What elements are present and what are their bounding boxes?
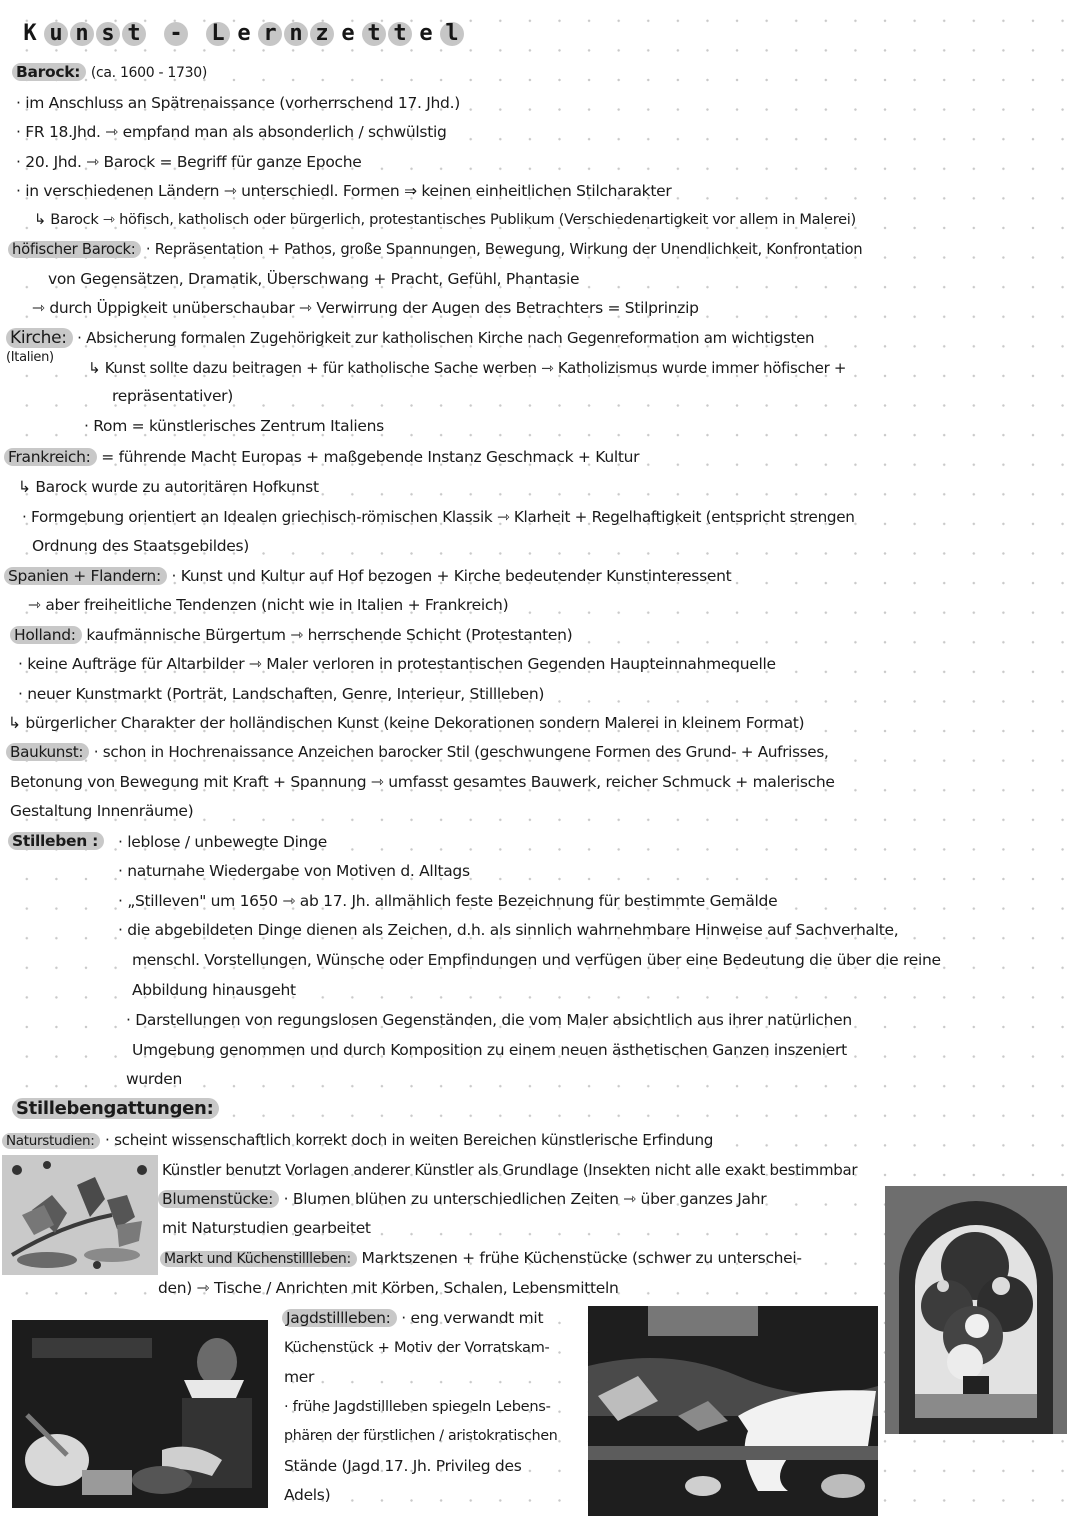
baukunst-line: Gestaltung Innenräume)	[10, 801, 193, 821]
naturstudien-row: Naturstudien: · scheint wissenschaftlich…	[2, 1130, 713, 1151]
section-barock-heading: Barock: (ca. 1600 - 1730)	[12, 62, 207, 83]
jagd-line: phären der fürstlichen / aristokratische…	[284, 1426, 557, 1446]
markt-row: Markt und Küchenstillleben: Marktszenen …	[160, 1248, 802, 1269]
title-letter: s	[96, 22, 120, 46]
kirche-sub: (Italien)	[6, 348, 54, 368]
stilleben-row: Stilleben :	[8, 831, 104, 851]
title-letter: l	[440, 22, 464, 46]
baukunst-line: Betonung von Bewegung mit Kraft + Spannu…	[10, 772, 835, 792]
title-letter: t	[388, 22, 412, 46]
spanien-label: Spanien + Flandern:	[4, 567, 167, 585]
frankreich-line: Ordnung des Staatsgebildes)	[32, 536, 249, 556]
blumen-line: mit Naturstudien gearbeitet	[162, 1218, 371, 1238]
jagd-line: Stände (Jagd 17. Jh. Privileg des	[284, 1456, 521, 1476]
hunting-still-life-image	[588, 1306, 878, 1516]
jagd-line: · eng verwandt mit	[401, 1309, 543, 1327]
title-letter: t	[122, 22, 146, 46]
stilleben-label: Stilleben :	[8, 832, 104, 850]
title-letter: e	[336, 22, 360, 46]
stilleben-line: · die abgebildeten Dinge dienen als Zeic…	[118, 920, 898, 940]
holland-line: kaufmännische Bürgertum ⇾ herrschende Sc…	[86, 626, 572, 644]
barock-dates: (ca. 1600 - 1730)	[91, 65, 207, 81]
gattungen-heading: Stillebengattungen:	[12, 1098, 219, 1119]
hoefisch-line: ⇾ durch Üppigkeit unüberschaubar ⇾ Verwi…	[32, 298, 699, 318]
title-letter: u	[44, 22, 68, 46]
holland-line: ↳ bürgerlicher Charakter der holländisch…	[8, 713, 804, 733]
stilleben-line: Umgebung genommen und durch Komposition …	[132, 1040, 847, 1060]
jagd-line: Adels)	[284, 1485, 330, 1505]
blumen-line: · Blumen blühen zu unterschiedlichen Zei…	[284, 1190, 767, 1208]
blumen-label: Blumenstücke:	[158, 1190, 279, 1208]
frankreich-row: Frankreich: = führende Macht Europas + m…	[4, 447, 639, 467]
title-letter: n	[70, 22, 94, 46]
stilleben-line: · leblose / unbewegte Dinge	[118, 832, 327, 852]
baukunst-label: Baukunst:	[6, 743, 89, 761]
frankreich-label: Frankreich:	[4, 448, 97, 466]
stilleben-line: · Darstellungen von regungslosen Gegenst…	[126, 1010, 852, 1030]
barock-line: ↳ Barock ⇾ höfisch, katholisch oder bürg…	[34, 210, 856, 230]
barock-line: · in verschiedenen Ländern ⇾ unterschied…	[16, 181, 671, 201]
hoefisch-label: höfischer Barock:	[8, 241, 141, 258]
spanien-line: ⇾ aber freiheitliche Tendenzen (nicht wi…	[28, 595, 508, 615]
title-letter: z	[310, 22, 334, 46]
kirche-line: repräsentativer)	[112, 386, 233, 406]
jagd-label: Jagdstillleben:	[282, 1309, 397, 1327]
spanien-line: · Kunst und Kultur auf Hof bezogen + Kir…	[172, 567, 732, 585]
baukunst-line: · schon in Hochrenaissance Anzeichen bar…	[94, 743, 829, 761]
stilleben-line: wurden	[126, 1069, 182, 1089]
gattungen-heading-row: Stillebengattungen:	[12, 1099, 219, 1119]
barock-label: Barock:	[12, 63, 86, 81]
jagd-row: Jagdstillleben: · eng verwandt mit	[282, 1308, 543, 1328]
title-letter: n	[284, 22, 308, 46]
title-letter: e	[232, 22, 256, 46]
kirche-line: · Absicherung formalen Zugehörigkeit zur…	[77, 329, 814, 347]
title-letter: -	[164, 22, 188, 46]
flower-vase-image	[885, 1186, 1067, 1434]
markt-line: Marktszenen + frühe Küchenstücke (schwer…	[362, 1249, 802, 1267]
naturstudien-label: Naturstudien:	[2, 1133, 100, 1149]
holland-label: Holland:	[10, 626, 82, 644]
hoefisch-line: · Repräsentation + Pathos, große Spannun…	[146, 241, 862, 258]
insect-study-image	[2, 1155, 158, 1275]
stilleben-line: menschl. Vorstellungen, Wünsche oder Emp…	[132, 950, 941, 970]
kitchen-maid-image	[12, 1320, 268, 1508]
barock-line: · im Anschluss an Spätrenaissance (vorhe…	[16, 93, 460, 113]
jagd-line: · frühe Jagdstillleben spiegeln Lebens-	[284, 1397, 551, 1417]
barock-line: · 20. Jhd. ⇾ Barock = Begriff für ganze …	[16, 152, 362, 172]
holland-line: · keine Aufträge für Altarbilder ⇾ Maler…	[18, 654, 776, 674]
baukunst-row: Baukunst: · schon in Hochrenaissance Anz…	[6, 742, 828, 762]
title-letter: r	[258, 22, 282, 46]
stilleben-line: Abbildung hinausgeht	[132, 980, 296, 1000]
jagd-line: mer	[284, 1367, 314, 1387]
stilleben-line: · naturnahe Wiedergabe von Motiven d. Al…	[118, 861, 470, 881]
naturstudien-line: Künstler benutzt Vorlagen anderer Künstl…	[162, 1160, 857, 1180]
jagd-line: Küchenstück + Motiv der Vorratskam-	[284, 1338, 550, 1358]
barock-line: · FR 18.Jhd. ⇾ empfand man als absonderl…	[16, 122, 447, 142]
title-letter: t	[362, 22, 386, 46]
frankreich-line: ↳ Barock wurde zu autoritären Hofkunst	[18, 477, 319, 497]
frankreich-line: = führende Macht Europas + maßgebende In…	[101, 448, 639, 466]
kirche-label: Kirche:	[6, 328, 73, 348]
hoefisch-row: höfischer Barock: · Repräsentation + Pat…	[8, 240, 862, 260]
title-letter	[190, 22, 204, 46]
title-letter: e	[414, 22, 438, 46]
frankreich-line: · Formgebung orientiert an Idealen griec…	[22, 507, 855, 527]
title-letter: K	[18, 22, 42, 46]
blumen-row: Blumenstücke: · Blumen blühen zu untersc…	[158, 1189, 766, 1209]
kirche-line: ↳ Kunst sollte dazu beitragen + für kath…	[88, 358, 846, 378]
kirche-line: · Rom = künstlerisches Zentrum Italiens	[84, 416, 384, 436]
title-letter: L	[206, 22, 230, 46]
hoefisch-line: von Gegensätzen, Dramatik, Überschwang +…	[48, 269, 579, 289]
holland-line: · neuer Kunstmarkt (Porträt, Landschafte…	[18, 684, 544, 704]
naturstudien-line: · scheint wissenschaftlich korrekt doch …	[105, 1131, 713, 1149]
page-title: Kunst - Lernzettel	[18, 22, 464, 46]
spanien-row: Spanien + Flandern: · Kunst und Kultur a…	[4, 566, 731, 586]
markt-label: Markt und Küchenstillleben:	[160, 1251, 357, 1267]
holland-row: Holland: kaufmännische Bürgertum ⇾ herrs…	[10, 625, 572, 645]
kirche-row: Kirche: · Absicherung formalen Zugehörig…	[6, 328, 814, 348]
stilleben-line: · „Stilleven" um 1650 ⇾ ab 17. Jh. allmä…	[118, 891, 777, 911]
markt-line: den) ⇾ Tische / Anrichten mit Körben, Sc…	[158, 1278, 619, 1298]
title-letter	[148, 22, 162, 46]
